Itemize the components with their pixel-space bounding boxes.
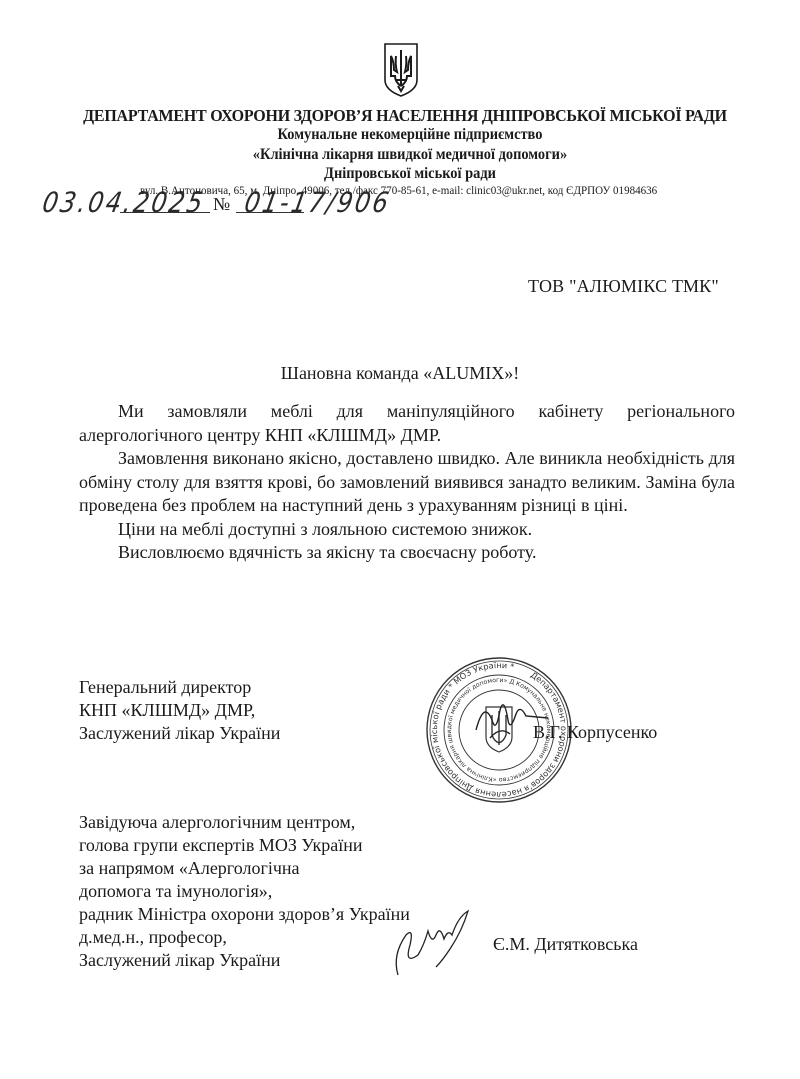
- title-line: Завідуюча алергологічним центром,: [79, 811, 410, 834]
- signatory-1-name: В.Г. Корпусенко: [533, 722, 657, 743]
- letter-body: Ми замовляли меблі для маніпуляційного к…: [79, 400, 735, 565]
- org-type: Комунальне некомерційне підприємство: [29, 126, 792, 144]
- coat-of-arms-icon: [383, 42, 419, 98]
- signature-2-icon: [388, 905, 483, 985]
- date-underline: [120, 212, 210, 213]
- title-line: Заслужений лікар України: [79, 722, 280, 745]
- org-council: Дніпровської міської ради: [29, 165, 792, 183]
- title-line: д.мед.н., професор,: [79, 926, 410, 949]
- signatory-2-name: Є.М. Дитятковська: [493, 934, 638, 955]
- registration-date: 03.04.2025: [40, 186, 208, 219]
- salutation: Шановна команда «ALUMIX»!: [0, 363, 800, 384]
- title-line: за напрямом «Алергологічна: [79, 857, 410, 880]
- title-line: радник Міністра охорони здоров’я України: [79, 903, 410, 926]
- body-paragraph: Ми замовляли меблі для маніпуляційного к…: [79, 400, 735, 447]
- title-line: Генеральний директор: [79, 676, 280, 699]
- recipient: ТОВ "АЛЮМІКС ТМК": [528, 276, 719, 297]
- number-sign: №: [213, 194, 230, 215]
- signatory-2-title: Завідуюча алергологічним центром, голова…: [79, 811, 410, 972]
- body-paragraph: Ціни на меблі доступні з лояльною систем…: [79, 518, 735, 542]
- title-line: КНП «КЛШМД» ДМР,: [79, 699, 280, 722]
- registration-number: 01-17/906: [242, 186, 394, 219]
- number-underline: [236, 212, 304, 213]
- org-name: «Клінічна лікарня швидкої медичної допом…: [29, 146, 792, 164]
- signatory-1-title: Генеральний директор КНП «КЛШМД» ДМР, За…: [79, 676, 280, 745]
- title-line: Заслужений лікар України: [79, 949, 410, 972]
- title-line: голова групи експертів МОЗ України: [79, 834, 410, 857]
- title-line: допомога та імунологія»,: [79, 880, 410, 903]
- body-paragraph: Висловлюємо вдячність за якісну та своєч…: [79, 541, 735, 565]
- department-heading: ДЕПАРТАМЕНТ ОХОРОНИ ЗДОРОВ’Я НАСЕЛЕННЯ Д…: [28, 106, 781, 126]
- body-paragraph: Замовлення виконано якісно, доставлено ш…: [79, 447, 735, 518]
